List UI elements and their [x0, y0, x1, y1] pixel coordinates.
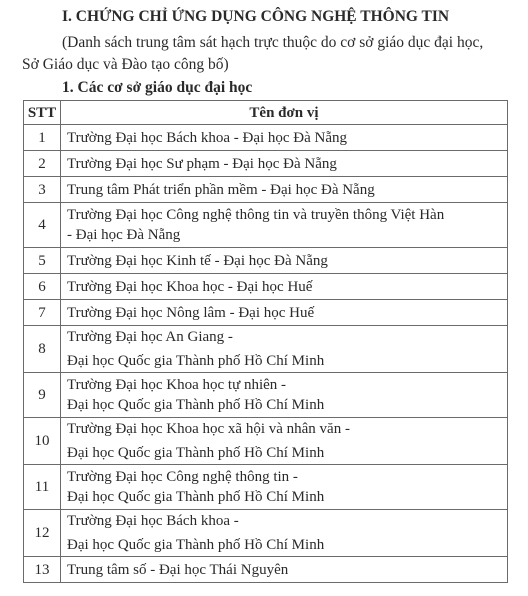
table-row: 9Trường Đại học Khoa học tự nhiên -Đại h… — [24, 373, 508, 418]
institution-name: Trường Đại học Nông lâm - Đại học Huế — [61, 300, 508, 326]
table-row: 10Trường Đại học Khoa học xã hội và nhân… — [24, 418, 508, 465]
institution-name: Trường Đại học Kinh tế - Đại học Đà Nẵng — [61, 248, 508, 274]
table-row: 1Trường Đại học Bách khoa - Đại học Đà N… — [24, 125, 508, 151]
row-number: 5 — [24, 248, 61, 274]
table-row: 3Trung tâm Phát triển phần mềm - Đại học… — [24, 177, 508, 203]
section-title: I. CHỨNG CHỈ ỨNG DỤNG CÔNG NGHỆ THÔNG TI… — [62, 8, 449, 26]
institution-name: Trường Đại học Khoa học tự nhiên -Đại họ… — [61, 373, 508, 418]
institution-name-line: Đại học Quốc gia Thành phố Hồ Chí Minh — [67, 395, 501, 415]
row-number: 9 — [24, 373, 61, 418]
institution-name-line: Đại học Quốc gia Thành phố Hồ Chí Minh — [67, 487, 501, 507]
row-number: 10 — [24, 418, 61, 465]
row-number: 8 — [24, 326, 61, 373]
table-row: 5Trường Đại học Kinh tế - Đại học Đà Nẵn… — [24, 248, 508, 274]
institution-name-line: Trường Đại học Bách khoa - — [67, 511, 501, 531]
institution-name-line: Trường Đại học Khoa học tự nhiên - — [67, 375, 501, 395]
institution-name: Trường Đại học Công nghệ thông tin và tr… — [61, 203, 508, 248]
institution-name-line: Trường Đại học Bách khoa - Đại học Đà Nẵ… — [67, 128, 501, 148]
institution-name: Trường Đại học An Giang -Đại học Quốc gi… — [61, 326, 508, 373]
institution-name-line: Trường Đại học Công nghệ thông tin - — [67, 467, 501, 487]
column-header-name: Tên đơn vị — [61, 101, 508, 125]
table-header-row: STT Tên đơn vị — [24, 101, 508, 125]
row-number: 6 — [24, 274, 61, 300]
row-number: 3 — [24, 177, 61, 203]
row-number: 12 — [24, 510, 61, 557]
institution-name-line: Trường Đại học Sư phạm - Đại học Đà Nẵng — [67, 154, 501, 174]
institution-name: Trường Đại học Sư phạm - Đại học Đà Nẵng — [61, 151, 508, 177]
institution-name: Trường Đại học Khoa học xã hội và nhân v… — [61, 418, 508, 465]
table-row: 13Trung tâm số - Đại học Thái Nguyên — [24, 557, 508, 583]
institution-name-line: Trung tâm số - Đại học Thái Nguyên — [67, 560, 501, 580]
institution-name-line: Trường Đại học Công nghệ thông tin và tr… — [67, 205, 501, 225]
note-line-1: (Danh sách trung tâm sát hạch trực thuộc… — [62, 34, 483, 52]
table-row: 12Trường Đại học Bách khoa -Đại học Quốc… — [24, 510, 508, 557]
table-row: 4Trường Đại học Công nghệ thông tin và t… — [24, 203, 508, 248]
row-number: 13 — [24, 557, 61, 583]
institution-name-line: Trường Đại học Khoa học - Đại học Huế — [67, 277, 501, 297]
subsection-title: 1. Các cơ sở giáo dục đại học — [62, 79, 252, 97]
institution-name-line: Đại học Quốc gia Thành phố Hồ Chí Minh — [67, 443, 501, 463]
institution-name: Trường Đại học Bách khoa -Đại học Quốc g… — [61, 510, 508, 557]
table-row: 7Trường Đại học Nông lâm - Đại học Huế — [24, 300, 508, 326]
institution-name-line: Trường Đại học Nông lâm - Đại học Huế — [67, 303, 501, 323]
row-number: 7 — [24, 300, 61, 326]
institution-name-line: Trường Đại học Kinh tế - Đại học Đà Nẵng — [67, 251, 501, 271]
institution-name-line: Trường Đại học Khoa học xã hội và nhân v… — [67, 419, 501, 439]
institutions-table: STT Tên đơn vị 1Trường Đại học Bách khoa… — [23, 100, 508, 583]
table-row: 6Trường Đại học Khoa học - Đại học Huế — [24, 274, 508, 300]
institution-name: Trường Đại học Bách khoa - Đại học Đà Nẵ… — [61, 125, 508, 151]
table-row: 2Trường Đại học Sư phạm - Đại học Đà Nẵn… — [24, 151, 508, 177]
institution-name-line: Trường Đại học An Giang - — [67, 327, 501, 347]
institution-name-line: Trung tâm Phát triển phần mềm - Đại học … — [67, 180, 501, 200]
institution-name: Trung tâm số - Đại học Thái Nguyên — [61, 557, 508, 583]
institution-name: Trung tâm Phát triển phần mềm - Đại học … — [61, 177, 508, 203]
row-number: 2 — [24, 151, 61, 177]
institution-name-line: Đại học Quốc gia Thành phố Hồ Chí Minh — [67, 535, 501, 555]
table-row: 11Trường Đại học Công nghệ thông tin -Đạ… — [24, 465, 508, 510]
institution-name-line: - Đại học Đà Nẵng — [67, 225, 501, 245]
row-number: 1 — [24, 125, 61, 151]
row-number: 11 — [24, 465, 61, 510]
table-row: 8Trường Đại học An Giang -Đại học Quốc g… — [24, 326, 508, 373]
column-header-stt: STT — [24, 101, 61, 125]
note-line-2: Sở Giáo dục và Đào tạo công bố) — [22, 56, 229, 74]
institution-name: Trường Đại học Công nghệ thông tin -Đại … — [61, 465, 508, 510]
institution-name: Trường Đại học Khoa học - Đại học Huế — [61, 274, 508, 300]
row-number: 4 — [24, 203, 61, 248]
table-body: 1Trường Đại học Bách khoa - Đại học Đà N… — [24, 125, 508, 583]
institution-name-line: Đại học Quốc gia Thành phố Hồ Chí Minh — [67, 351, 501, 371]
